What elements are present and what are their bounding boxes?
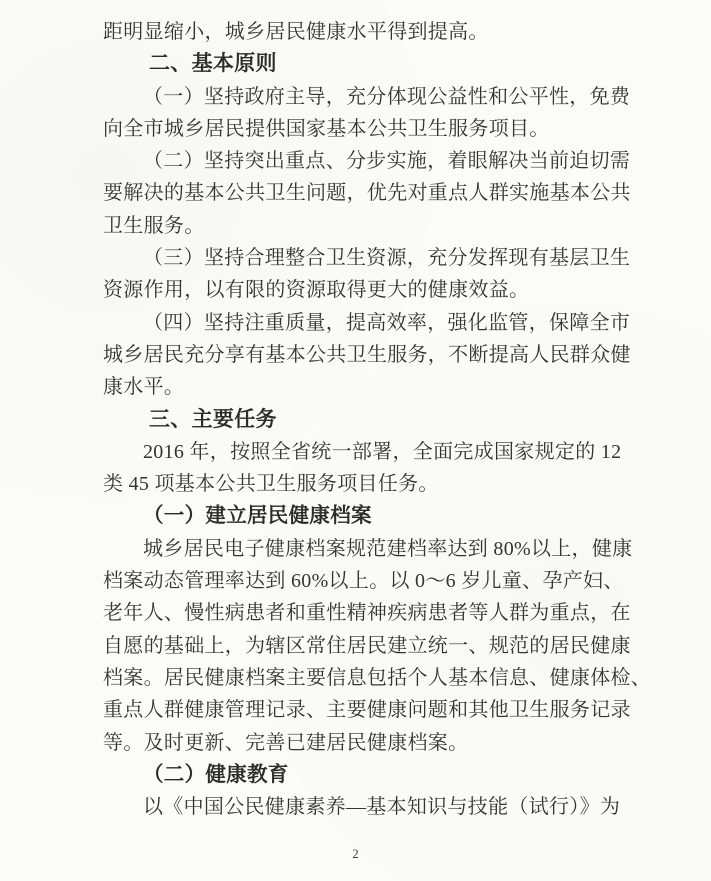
text-line: 资源作用，以有限的资源取得更大的健康效益。 <box>103 274 629 306</box>
text-line: （三）坚持合理整合卫生资源，充分发挥现有基层卫生 <box>103 242 629 274</box>
text-line: 康水平。 <box>103 371 629 403</box>
document-body: 距明显缩小，城乡居民健康水平得到提高。二、基本原则（一）坚持政府主导，充分体现公… <box>103 16 629 823</box>
text-line: （一）坚持政府主导，充分体现公益性和公平性，免费 <box>103 81 629 113</box>
text-line: 城乡居民充分享有基本公共卫生服务，不断提高人民群众健 <box>103 339 629 371</box>
text-line: （二）坚持突出重点、分步实施，着眼解决当前迫切需 <box>103 145 629 177</box>
text-line: 卫生服务。 <box>103 210 629 242</box>
subsection-heading: （二）健康教育 <box>103 759 629 791</box>
text-line: 档案动态管理率达到 60%以上。以 0～6 岁儿童、孕产妇、 <box>103 565 629 597</box>
section-heading: 二、基本原则 <box>103 48 629 80</box>
text-line: （四）坚持注重质量，提高效率，强化监管，保障全市 <box>103 307 629 339</box>
text-line: 自愿的基础上，为辖区常住居民建立统一、规范的居民健康 <box>103 630 629 662</box>
text-line: 要解决的基本公共卫生问题，优先对重点人群实施基本公共 <box>103 177 629 209</box>
document-page: 距明显缩小，城乡居民健康水平得到提高。二、基本原则（一）坚持政府主导，充分体现公… <box>0 0 711 881</box>
subsection-heading: （一）建立居民健康档案 <box>103 500 629 532</box>
text-line: 以《中国公民健康素养—基本知识与技能（试行）》为 <box>103 791 629 823</box>
text-line: 2016 年，按照全省统一部署，全面完成国家规定的 12 <box>103 436 629 468</box>
text-line: 老年人、慢性病患者和重性精神疾病患者等人群为重点，在 <box>103 597 629 629</box>
page-number: 2 <box>0 846 711 862</box>
text-line: 档案。居民健康档案主要信息包括个人基本信息、健康体检、 <box>103 662 629 694</box>
text-line: 距明显缩小，城乡居民健康水平得到提高。 <box>103 16 629 48</box>
text-line: 等。及时更新、完善已建居民健康档案。 <box>103 727 629 759</box>
text-line: 向全市城乡居民提供国家基本公共卫生服务项目。 <box>103 113 629 145</box>
text-line: 类 45 项基本公共卫生服务项目任务。 <box>103 468 629 500</box>
text-line: 重点人群健康管理记录、主要健康问题和其他卫生服务记录 <box>103 694 629 726</box>
section-heading: 三、主要任务 <box>103 404 629 436</box>
text-line: 城乡居民电子健康档案规范建档率达到 80%以上，健康 <box>103 533 629 565</box>
